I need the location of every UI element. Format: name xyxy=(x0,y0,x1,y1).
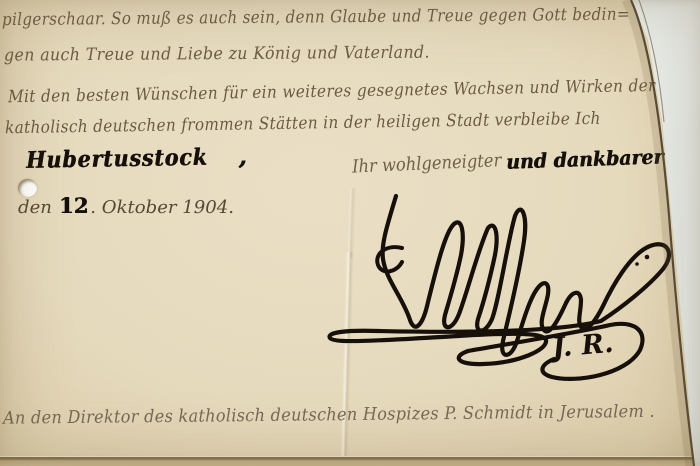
letter-photo: pilgerschaar. So muß es auch sein, denn … xyxy=(0,0,700,466)
paper-edge xyxy=(0,0,700,466)
paper-edge-shadow xyxy=(626,0,690,466)
